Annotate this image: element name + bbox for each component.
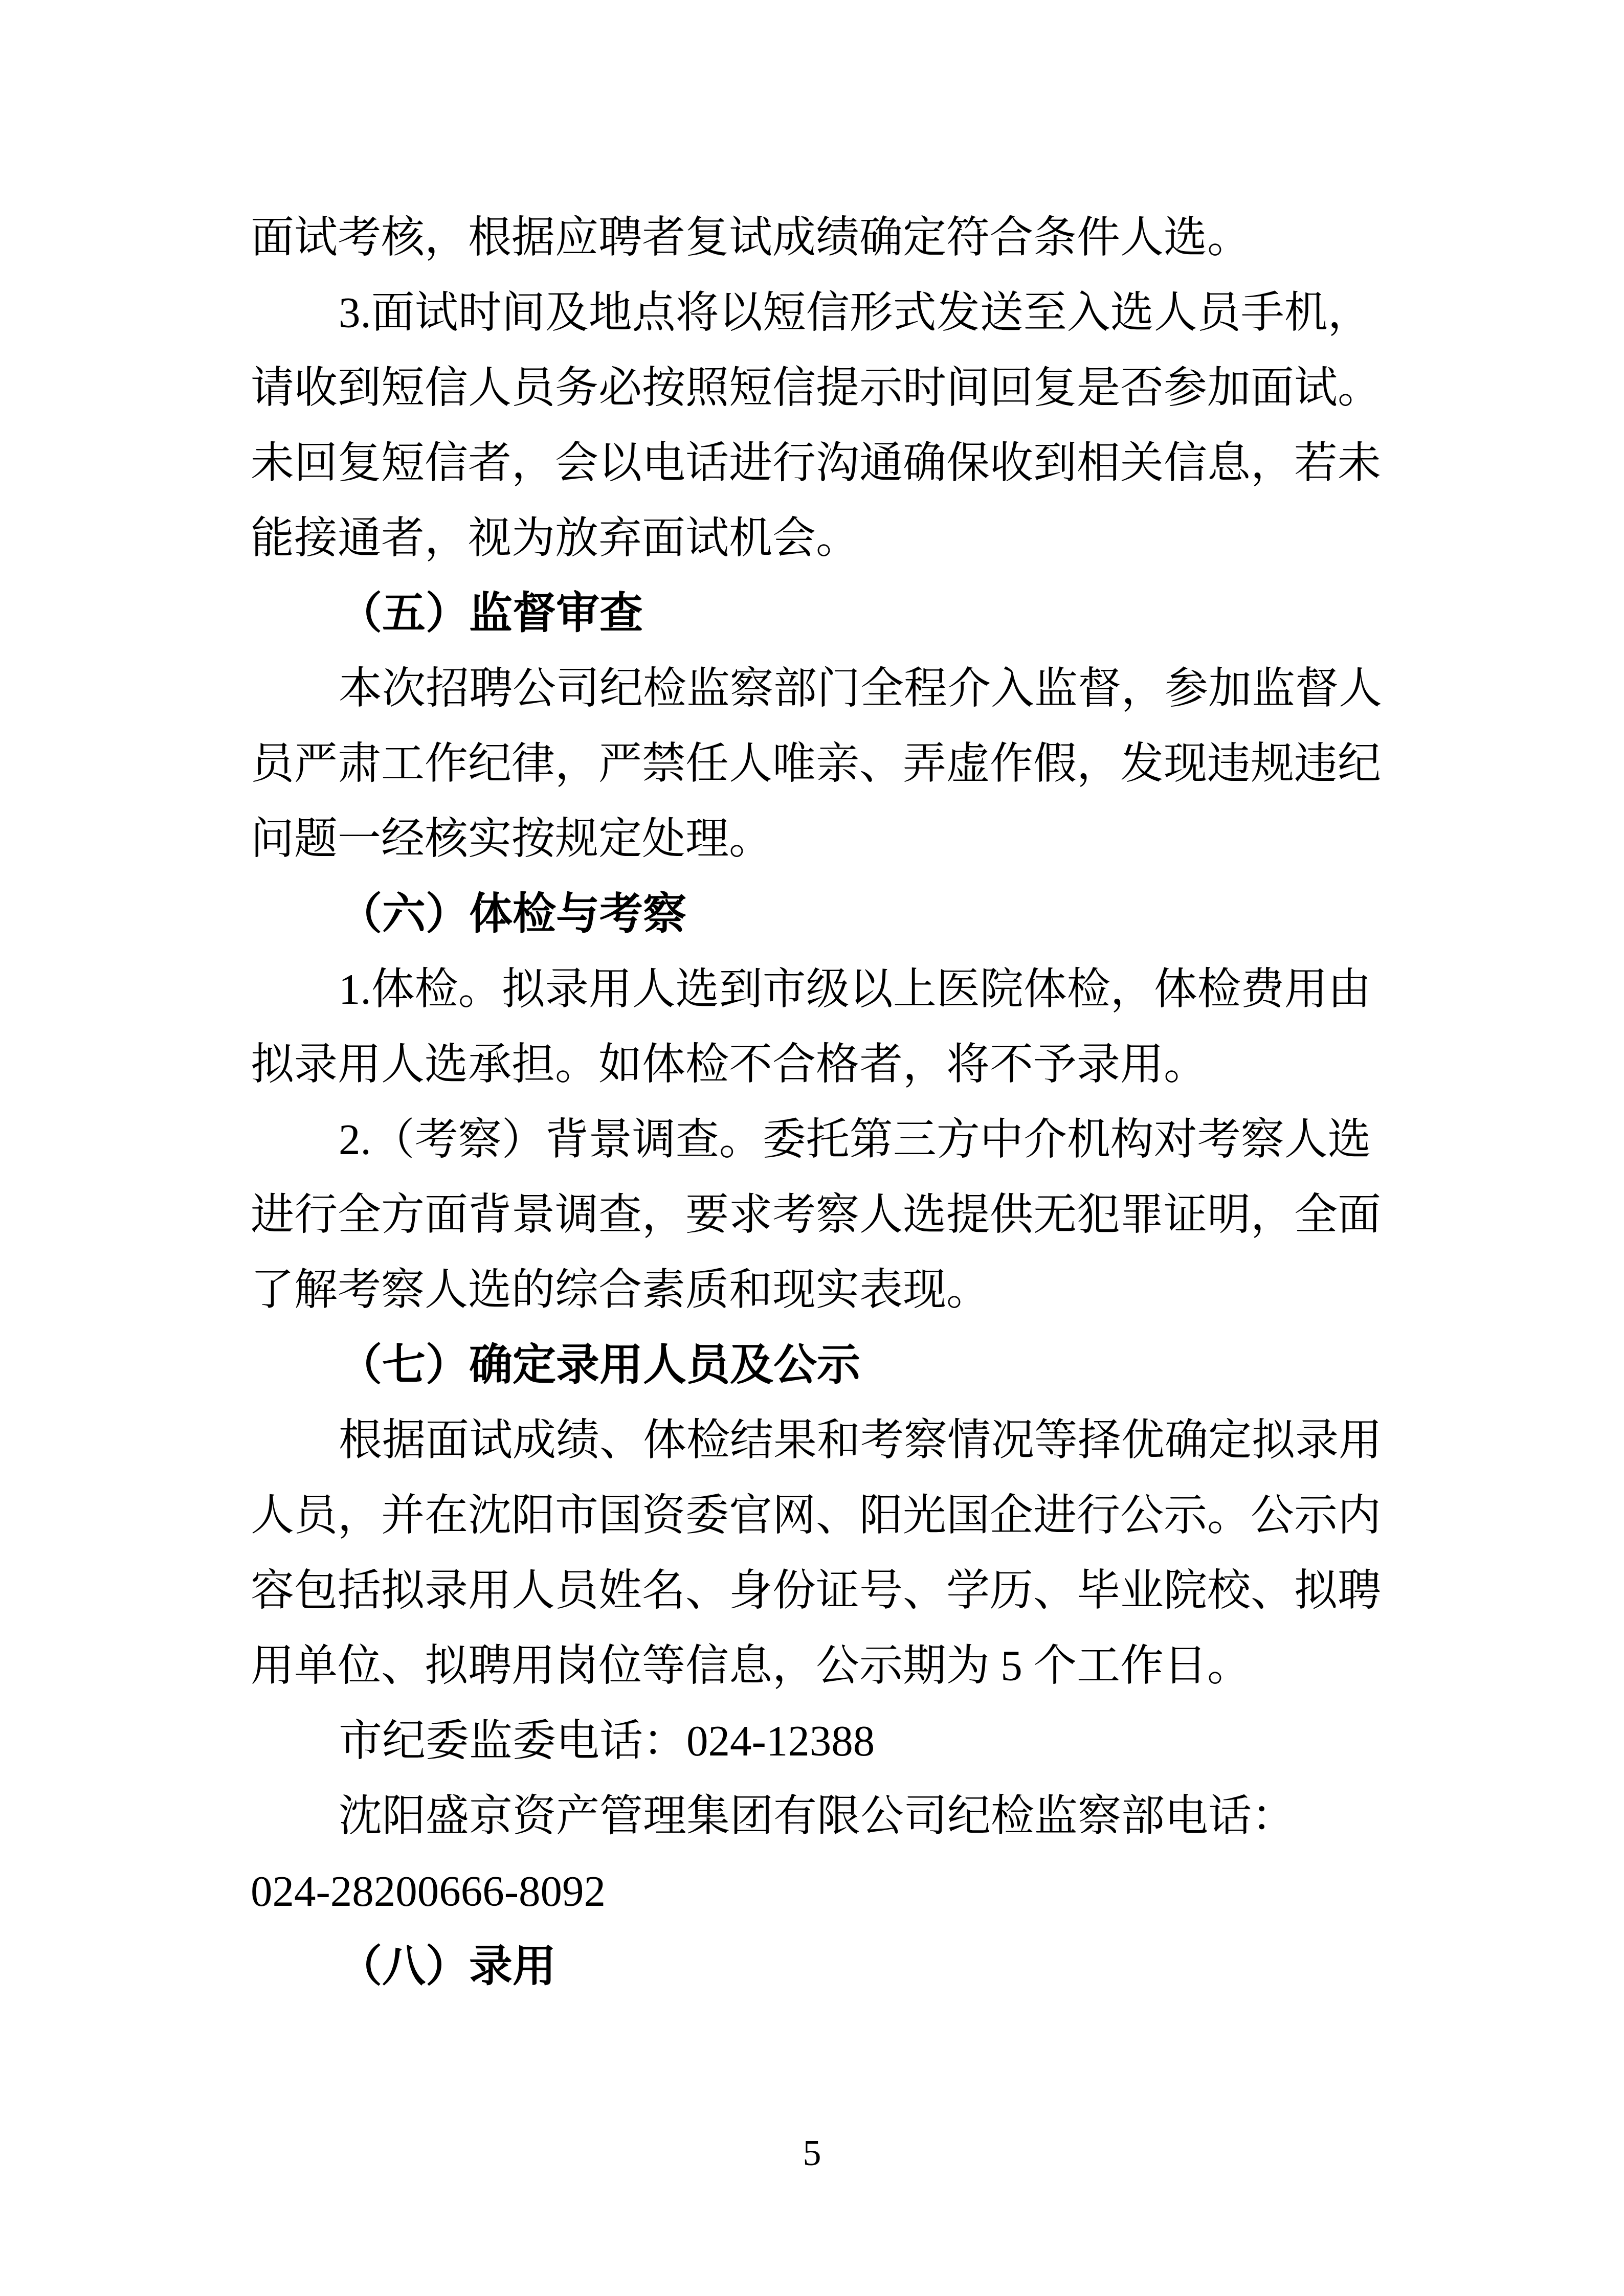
text-line: 面试考核，根据应聘者复试成绩确定符合条件人选。 xyxy=(251,200,1384,276)
text-line: 本次招聘公司纪检监察部门全程介入监督，参加监督人 xyxy=(251,651,1384,727)
text-line: 能接通者，视为放弃面试机会。 xyxy=(251,501,1384,576)
text-line: 拟录用人选承担。如体检不合格者，将不予录用。 xyxy=(251,1027,1384,1102)
text-line: 员严肃工作纪律，严禁任人唯亲、弄虚作假，发现违规违纪 xyxy=(251,727,1384,802)
text-line: 了解考察人选的综合素质和现实表现。 xyxy=(251,1253,1384,1328)
text-line: 问题一经核实按规定处理。 xyxy=(251,802,1384,877)
text-line: 沈阳盛京资产管理集团有限公司纪检监察部电话： xyxy=(251,1779,1384,1854)
text-block: 面试考核，根据应聘者复试成绩确定符合条件人选。3.面试时间及地点将以短信形式发送… xyxy=(251,200,1384,2005)
section-heading: （五）监督审查 xyxy=(251,576,1384,651)
section-heading: （七）确定录用人员及公示 xyxy=(251,1328,1384,1403)
document-page: 面试考核，根据应聘者复试成绩确定符合条件人选。3.面试时间及地点将以短信形式发送… xyxy=(0,0,1624,2296)
text-line: 1.体检。拟录用人选到市级以上医院体检，体检费用由 xyxy=(251,952,1384,1027)
text-line: 3.面试时间及地点将以短信形式发送至入选人员手机， xyxy=(251,276,1384,351)
text-line: 容包括拟录用人员姓名、身份证号、学历、毕业院校、拟聘 xyxy=(251,1554,1384,1629)
section-heading: （八）录用 xyxy=(251,1929,1384,2005)
text-line: 市纪委监委电话：024-12388 xyxy=(251,1704,1384,1779)
text-line: 请收到短信人员务必按照短信提示时间回复是否参加面试。 xyxy=(251,351,1384,426)
text-line: 2.（考察）背景调查。委托第三方中介机构对考察人选 xyxy=(251,1102,1384,1178)
text-line: 根据面试成绩、体检结果和考察情况等择优确定拟录用 xyxy=(251,1403,1384,1478)
text-line: 024-28200666-8092 xyxy=(251,1854,1384,1929)
section-heading: （六）体检与考察 xyxy=(251,877,1384,952)
text-line: 用单位、拟聘用岗位等信息，公示期为 5 个工作日。 xyxy=(251,1629,1384,1704)
text-line: 人员，并在沈阳市国资委官网、阳光国企进行公示。公示内 xyxy=(251,1478,1384,1554)
page-number: 5 xyxy=(0,2127,1624,2178)
text-line: 进行全方面背景调查，要求考察人选提供无犯罪证明，全面 xyxy=(251,1178,1384,1253)
text-line: 未回复短信者，会以电话进行沟通确保收到相关信息，若未 xyxy=(251,426,1384,501)
